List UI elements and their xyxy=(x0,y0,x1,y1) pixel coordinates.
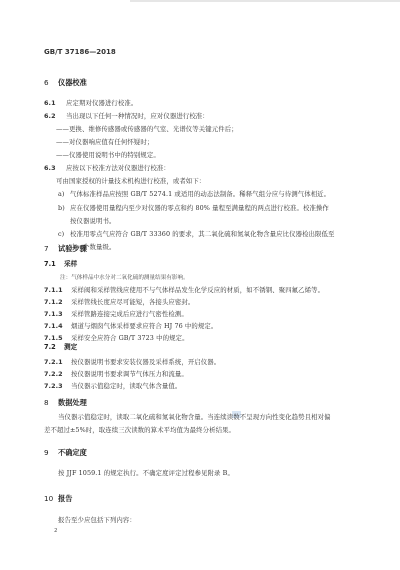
section-6-heading: 6仪器校准 xyxy=(44,78,87,88)
clause-6-3-b: b)应在仪器使用量程内至少对仪器的零点和约 80% 量程至满量程的两点进行校准。… xyxy=(58,203,329,212)
clause-6-2: 6.2当出现以下任何一种情况时，应对仪器进行校准： xyxy=(44,111,209,120)
section-8-para-line2: 差不超过±5%时，取连续三次读数的算术平均值为最终分析结果。 xyxy=(44,425,235,434)
section-10-heading: 10报告 xyxy=(44,494,72,504)
clause-6-3-intro: 可由国家授权的计量技术机构进行校准，或者如下： xyxy=(56,176,205,185)
clause-7-2-1: 7.2.1按仪器说明书要求安装仪器及采样系统，开启仪器。 xyxy=(44,357,220,366)
document-page: GB/T 37186—2018 6仪器校准 6.1应定期对仪器进行校准。 6.2… xyxy=(0,0,400,570)
section-7-title: 7试验步骤 xyxy=(44,244,87,254)
clause-6-3: 6.3应按以下校准方法对仪器进行校准： xyxy=(44,163,170,172)
section-8-para-line1: 当仪器示值稳定时，读取二氧化硫和氮氧化物含量。当连续读数不呈现方向性变化趋势且相… xyxy=(58,412,331,421)
section-9-text: 按 JJF 1059.1 的规定执行。不确定度评定过程参见附录 B。 xyxy=(58,468,234,477)
clause-6-2-item: ——更换、维修传感器或传感器的气室、光谱仪等关键元件后； xyxy=(56,124,238,133)
section-9-heading: 9不确定度 xyxy=(44,448,87,458)
document-id: GB/T 37186—2018 xyxy=(44,48,116,56)
clause-7-2-2: 7.2.2按仪器说明书要求调节气体压力和流量。 xyxy=(44,369,188,378)
clause-7-2-3: 7.2.3当仪器示值稳定时，读取气体含量值。 xyxy=(44,381,181,390)
clause-7-1-1: 7.1.1采样阀和采样管线应使用不与气体样品发生化学反应的材质，如不锈钢、聚四氟… xyxy=(44,285,324,294)
page-number: 2 xyxy=(54,528,58,534)
section-10-text: 报告至少应包括下列内容： xyxy=(58,515,136,524)
clause-6-1: 6.1应定期对仪器进行校准。 xyxy=(44,98,137,107)
clause-6-3-a: a)气体标准样品应按照 GB/T 5274.1 或适用的动态法制备。稀释气组分应… xyxy=(58,189,330,198)
subsection-7-2-heading: 7.2测定 xyxy=(44,341,77,351)
subsection-7-1-heading: 7.1采样 xyxy=(44,258,77,268)
clause-6-2-item: ——仪器使用说明书中的特别规定。 xyxy=(56,150,160,159)
clause-7-1-3: 7.1.3采样管路连接完成后应进行气密性检测。 xyxy=(44,309,188,318)
clause-7-1-4: 7.1.4烟道与烟囱气体采样要求应符合 HJ 76 中的规定。 xyxy=(44,321,217,330)
clause-6-3-b-cont: 按仪器说明书。 xyxy=(70,216,115,225)
note-7-1: 注：气体样品中水分对二氧化硫的测量结果有影响。 xyxy=(60,273,189,281)
clause-7-1-2: 7.1.2采样管线长度应尽可能短，各接头应密封。 xyxy=(44,297,194,306)
page-edge xyxy=(130,0,400,2)
clause-6-2-item: ——对仪器响应值有任何怀疑时； xyxy=(56,137,153,146)
clause-6-3-c: c)校准用零点气应符合 GB/T 33360 的要求，其二氧化硫和氮氧化物含量应… xyxy=(58,229,335,238)
section-8-heading: 8数据处理 xyxy=(44,398,87,408)
